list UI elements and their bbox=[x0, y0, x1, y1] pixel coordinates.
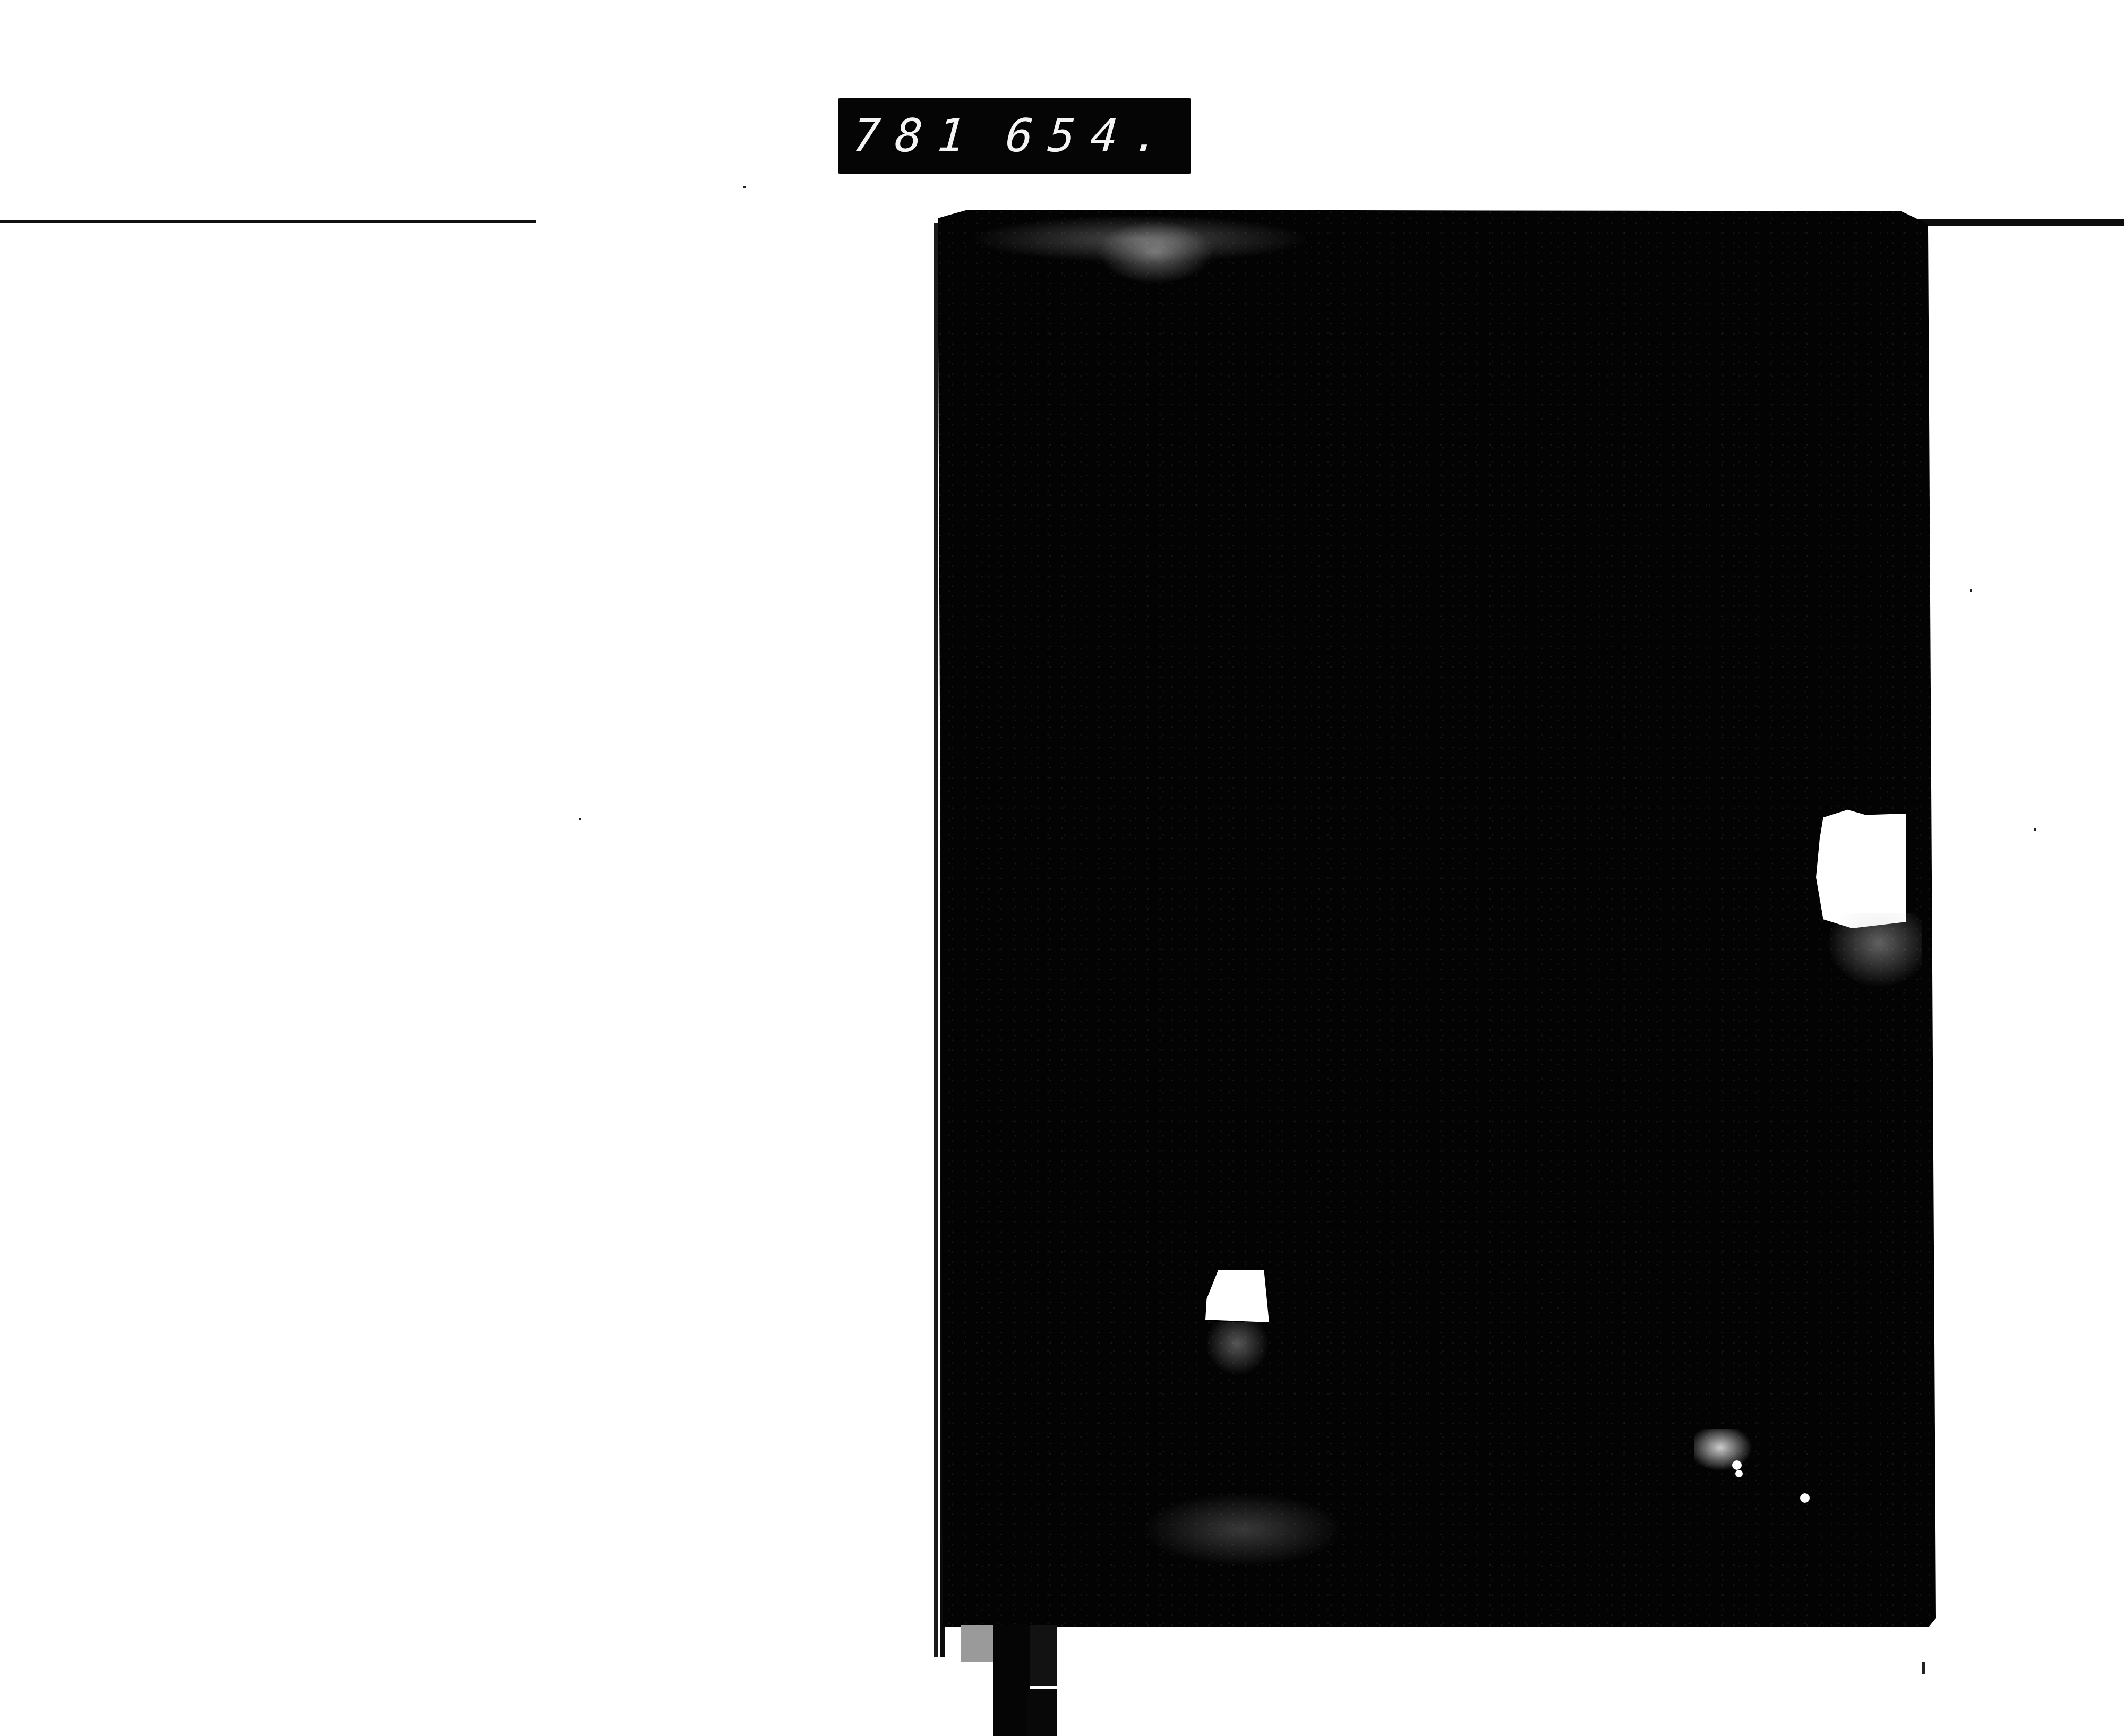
scan-speck bbox=[1922, 1662, 1925, 1674]
microfilm-scan-page: 781 654. bbox=[0, 0, 2124, 1736]
scan-rule-line-right bbox=[1917, 219, 2124, 226]
scan-speck bbox=[1970, 589, 1972, 592]
cover-spot bbox=[1800, 1493, 1810, 1503]
binding-tab bbox=[993, 1625, 1030, 1736]
scan-speck bbox=[2034, 828, 2036, 831]
cover-spot bbox=[1735, 1470, 1743, 1477]
frame-counter-right-number: 654. bbox=[1004, 113, 1177, 159]
binding-tab bbox=[1030, 1625, 1057, 1686]
frame-counter-label: 781 654. bbox=[838, 98, 1191, 174]
cover-wear-right bbox=[1827, 913, 1922, 988]
binding-tab-light bbox=[961, 1625, 993, 1662]
scan-rule-line-left bbox=[0, 220, 536, 223]
cover-wear-middle bbox=[1205, 1322, 1269, 1375]
book-cover bbox=[938, 210, 1936, 1627]
cover-wear-lower-right bbox=[1694, 1429, 1752, 1471]
scan-speck bbox=[579, 818, 581, 820]
cover-texture bbox=[938, 210, 1936, 1627]
cover-wear-top-highlight bbox=[1097, 220, 1214, 284]
scan-speck bbox=[743, 186, 746, 188]
frame-counter-left-number: 781 bbox=[851, 113, 981, 159]
cover-spot bbox=[1732, 1460, 1742, 1470]
cover-wear-bottom bbox=[1142, 1492, 1343, 1567]
binding-tab bbox=[1027, 1689, 1057, 1736]
